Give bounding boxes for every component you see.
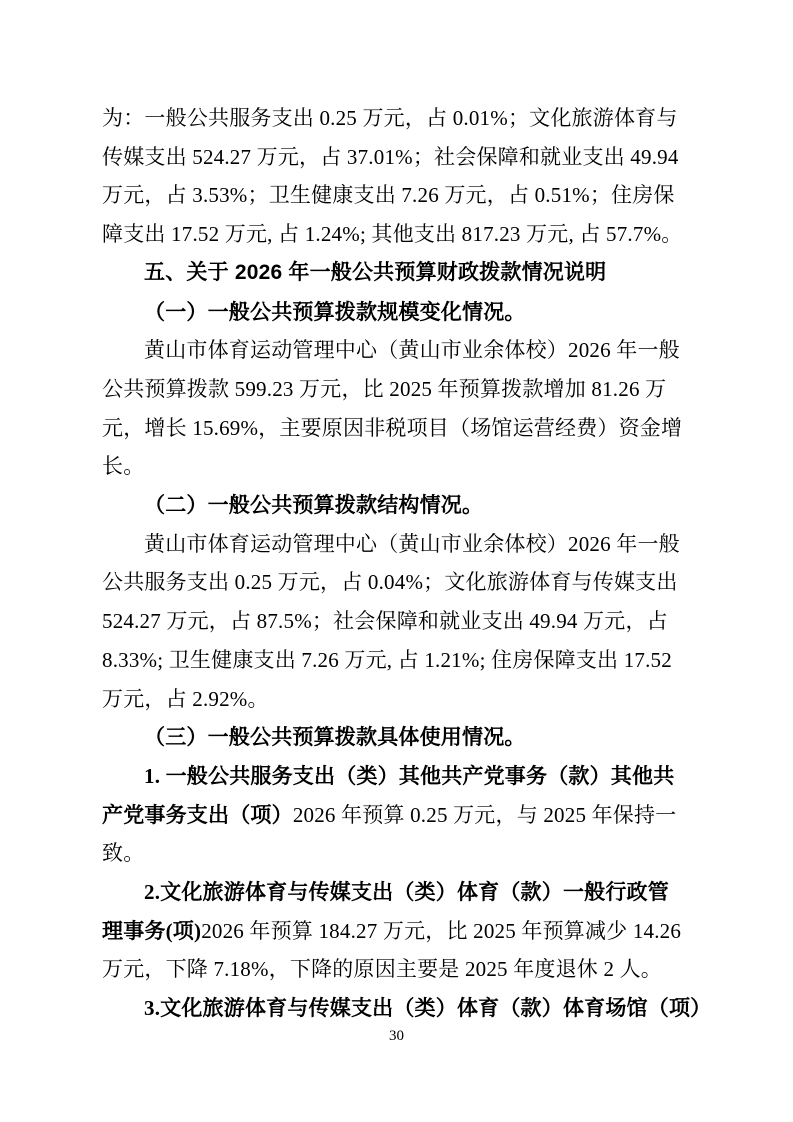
heading-line: （二）一般公共预算拨款结构情况。: [102, 486, 702, 525]
text-line: 黄山市体育运动管理中心（黄山市业余体校）2026 年一般: [102, 331, 702, 370]
text-segment: 8.33%; 卫生健康支出 7.26 万元, 占 1.21%; 住房保障支出 1…: [102, 648, 672, 672]
text-line: 障支出 17.52 万元, 占 1.24%; 其他支出 817.23 万元, 占…: [102, 215, 702, 254]
text-segment: 万元，占 3.53%；卫生健康支出 7.26 万元，占 0.51%；住房保: [102, 183, 675, 207]
text-line: 为：一般公共服务支出 0.25 万元，占 0.01%；文化旅游体育与: [102, 99, 702, 138]
text-segment: 2026 年预算 184.27 万元，比 2025 年预算减少 14.26: [201, 919, 681, 943]
bold-text-segment: 产党事务支出（项）: [102, 803, 293, 827]
text-segment: 公共服务支出 0.25 万元，占 0.04%；文化旅游体育与传媒支出: [102, 570, 678, 594]
heading-line: 五、关于 2026 年一般公共预算财政拨款情况说明: [102, 254, 702, 293]
heading-line: （三）一般公共预算拨款具体使用情况。: [102, 718, 702, 757]
text-segment: 五、关于 2026 年一般公共预算财政拨款情况说明: [144, 261, 606, 284]
bold-text-segment: 2.文化旅游体育与传媒支出（类）体育（款）一般行政管: [144, 880, 669, 904]
document-lines: 为：一般公共服务支出 0.25 万元，占 0.01%；文化旅游体育与传媒支出 5…: [102, 99, 702, 1028]
text-segment: 万元，下降 7.18%，下降的原因主要是 2025 年度退休 2 人。: [102, 957, 662, 981]
bold-text-segment: 1. 一般公共服务支出（类）其他共产党事务（款）其他共: [144, 764, 674, 788]
document-page: 为：一般公共服务支出 0.25 万元，占 0.01%；文化旅游体育与传媒支出 5…: [0, 0, 793, 1122]
text-line: 公共预算拨款 599.23 万元，比 2025 年预算拨款增加 81.26 万: [102, 370, 702, 409]
text-segment: （二）一般公共预算拨款结构情况。: [144, 493, 483, 517]
text-segment: 为：一般公共服务支出 0.25 万元，占 0.01%；文化旅游体育与: [102, 106, 678, 130]
text-segment: 传媒支出 524.27 万元，占 37.01%；社会保障和就业支出 49.94: [102, 145, 679, 169]
text-segment: （三）一般公共预算拨款具体使用情况。: [144, 725, 526, 749]
text-segment: 长。: [102, 454, 144, 478]
text-line: 传媒支出 524.27 万元，占 37.01%；社会保障和就业支出 49.94: [102, 138, 702, 177]
text-segment: （一）一般公共预算拨款规模变化情况。: [144, 300, 526, 324]
text-segment: 黄山市体育运动管理中心（黄山市业余体校）2026 年一般: [144, 338, 680, 362]
text-line: 万元，下降 7.18%，下降的原因主要是 2025 年度退休 2 人。: [102, 950, 702, 989]
text-line: 524.27 万元，占 87.5%；社会保障和就业支出 49.94 万元，占: [102, 602, 702, 641]
text-line: 元，增长 15.69%，主要原因非税项目（场馆运营经费）资金增: [102, 409, 702, 448]
text-line: 长。: [102, 447, 702, 486]
text-segment: 黄山市体育运动管理中心（黄山市业余体校）2026 年一般: [144, 532, 680, 556]
text-segment: 公共预算拨款 599.23 万元，比 2025 年预算拨款增加 81.26 万: [102, 377, 666, 401]
text-line: 理事务(项)2026 年预算 184.27 万元，比 2025 年预算减少 14…: [102, 912, 702, 951]
text-line: 2.文化旅游体育与传媒支出（类）体育（款）一般行政管: [102, 873, 702, 912]
text-line: 产党事务支出（项）2026 年预算 0.25 万元，与 2025 年保持一: [102, 796, 702, 835]
text-line: 致。: [102, 834, 702, 873]
page-number: 30: [0, 1026, 793, 1046]
text-segment: 2026 年预算 0.25 万元，与 2025 年保持一: [293, 803, 677, 827]
text-line: 万元，占 3.53%；卫生健康支出 7.26 万元，占 0.51%；住房保: [102, 176, 702, 215]
text-segment: 致。: [102, 841, 144, 865]
text-line: 8.33%; 卫生健康支出 7.26 万元, 占 1.21%; 住房保障支出 1…: [102, 641, 702, 680]
text-segment: 524.27 万元，占 87.5%；社会保障和就业支出 49.94 万元，占: [102, 609, 668, 633]
bold-text-segment: 理事务(项): [102, 919, 201, 943]
bold-text-segment: 3.文化旅游体育与传媒支出（类）体育（款）体育场馆（项）: [144, 996, 711, 1020]
text-line: 公共服务支出 0.25 万元，占 0.04%；文化旅游体育与传媒支出: [102, 563, 702, 602]
text-segment: 障支出 17.52 万元, 占 1.24%; 其他支出 817.23 万元, 占…: [102, 222, 682, 246]
text-segment: 万元，占 2.92%。: [102, 687, 269, 711]
text-line: 3.文化旅游体育与传媒支出（类）体育（款）体育场馆（项）: [102, 989, 702, 1028]
text-line: 1. 一般公共服务支出（类）其他共产党事务（款）其他共: [102, 757, 702, 796]
text-line: 黄山市体育运动管理中心（黄山市业余体校）2026 年一般: [102, 525, 702, 564]
text-segment: 元，增长 15.69%，主要原因非税项目（场馆运营经费）资金增: [102, 416, 682, 440]
text-line: 万元，占 2.92%。: [102, 680, 702, 719]
heading-line: （一）一般公共预算拨款规模变化情况。: [102, 293, 702, 332]
